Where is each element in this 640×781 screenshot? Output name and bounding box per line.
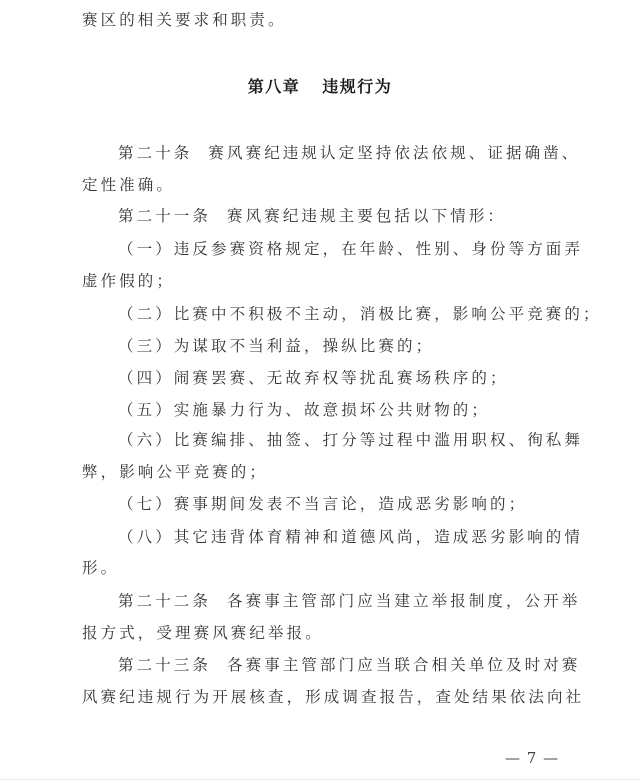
article-text: 各赛事主管部门应当建立举报制度，公开举	[227, 592, 580, 610]
article-22-line-2: 报方式，受理赛风赛纪举报。	[82, 623, 558, 643]
continuation-text: 赛区的相关要求和职责。	[82, 10, 558, 30]
article-label: 第二十三条	[118, 656, 211, 674]
article-23-line-2: 风赛纪违规行为开展核查，形成调查报告，查处结果依法向社	[82, 687, 558, 707]
article-text: 赛风赛纪违规主要包括以下情形：	[227, 207, 506, 225]
list-item-5: （五）实施暴力行为、故意损坏公共财物的；	[118, 400, 558, 420]
article-21-line-1: 第二十一条赛风赛纪违规主要包括以下情形：	[118, 206, 558, 226]
chapter-title: 违规行为	[322, 77, 392, 96]
page-bottom-edge	[0, 779, 640, 780]
list-item-6-line-1: （六）比赛编排、抽签、打分等过程中滥用职权、徇私舞	[118, 430, 558, 450]
list-item-4: （四）闹赛罢赛、无故弃权等扰乱赛场秩序的；	[118, 368, 558, 388]
article-20-line-1: 第二十条赛风赛纪违规认定坚持依法依规、证据确凿、	[118, 143, 558, 163]
article-22-line-1: 第二十二条各赛事主管部门应当建立举报制度，公开举	[118, 591, 558, 611]
article-label: 第二十一条	[118, 207, 211, 225]
document-page: 赛区的相关要求和职责。 第八章违规行为 第二十条赛风赛纪违规认定坚持依法依规、证…	[0, 0, 640, 781]
article-label: 第二十二条	[118, 592, 211, 610]
article-text: 赛风赛纪违规认定坚持依法依规、证据确凿、	[208, 144, 580, 162]
list-item-7: （七）赛事期间发表不当言论，造成恶劣影响的；	[118, 494, 558, 514]
list-item-3: （三）为谋取不当利益，操纵比赛的；	[118, 336, 558, 356]
chapter-heading: 第八章违规行为	[0, 77, 640, 97]
list-item-6-line-2: 弊，影响公平竞赛的；	[82, 462, 558, 482]
list-item-8-line-1: （八）其它违背体育精神和道德风尚，造成恶劣影响的情	[118, 527, 558, 547]
list-item-1-line-2: 虚作假的；	[82, 271, 558, 291]
list-item-1-line-1: （一）违反参赛资格规定，在年龄、性别、身份等方面弄	[118, 239, 558, 259]
page-number: — 7 —	[505, 748, 559, 768]
chapter-number: 第八章	[248, 77, 301, 96]
article-23-line-1: 第二十三条各赛事主管部门应当联合相关单位及时对赛	[118, 655, 558, 675]
article-20-line-2: 定性准确。	[82, 175, 558, 195]
article-text: 各赛事主管部门应当联合相关单位及时对赛	[227, 656, 580, 674]
list-item-2: （二）比赛中不积极不主动，消极比赛，影响公平竞赛的；	[118, 304, 558, 324]
article-label: 第二十条	[118, 144, 192, 162]
list-item-8-line-2: 形。	[82, 558, 558, 578]
